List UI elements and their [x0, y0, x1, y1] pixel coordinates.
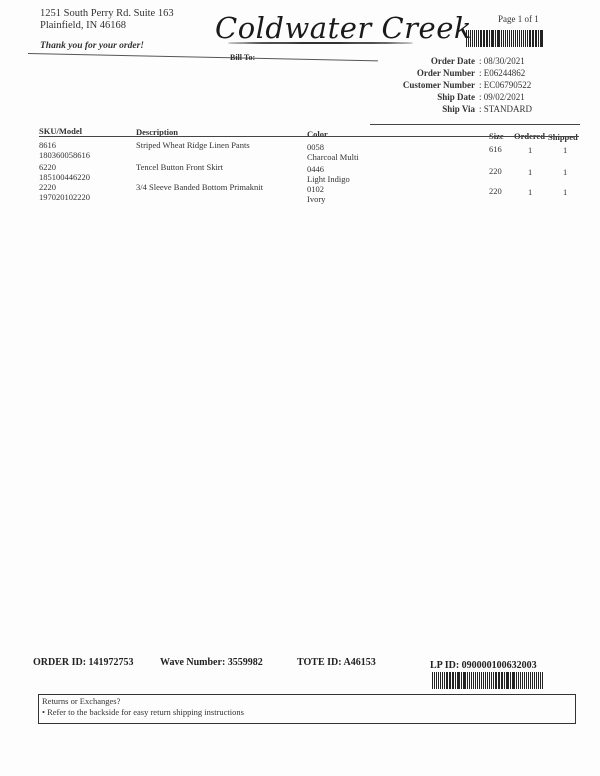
shipped-cell: 1	[563, 187, 567, 198]
bill-to-label: Bill To:	[230, 53, 255, 62]
divider	[370, 124, 580, 125]
ordered-cell: 1	[528, 167, 532, 178]
returns-box: Returns or Exchanges? • Refer to the bac…	[38, 694, 576, 724]
header-color: Color	[307, 129, 328, 140]
order-number-row: Order Number: E06244862	[380, 67, 532, 79]
thank-you-note: Thank you for your order!	[40, 41, 144, 51]
address-line-1: 1251 South Perry Rd. Suite 163	[40, 8, 174, 20]
color-name-cell: Charcoal Multi	[307, 152, 359, 163]
shipped-cell: 1	[563, 145, 567, 156]
tote-id: TOTE ID: A46153	[297, 657, 376, 668]
address-line-2: Plainfield, IN 46168	[40, 20, 174, 32]
header-divider	[39, 136, 579, 137]
description-cell: Striped Wheat Ridge Linen Pants	[136, 140, 250, 151]
color-name-cell: Ivory	[307, 194, 325, 205]
return-address: 1251 South Perry Rd. Suite 163 Plainfiel…	[40, 8, 174, 32]
customer-number-row: Customer Number: EC06790522	[380, 79, 532, 91]
lp-id: LP ID: 090000100632003	[430, 660, 537, 671]
page-indicator: Page 1 of 1	[498, 14, 539, 24]
size-cell: 220	[489, 166, 502, 177]
lp-barcode	[432, 672, 544, 689]
order-info: Order Date: 08/30/2021 Order Number: E06…	[380, 55, 532, 115]
description-cell: 3/4 Sleeve Banded Bottom Primaknit	[136, 182, 263, 193]
ordered-cell: 1	[528, 145, 532, 156]
size-cell: 220	[489, 186, 502, 197]
ship-via-row: Ship Via: STANDARD	[380, 103, 532, 115]
divider	[28, 53, 378, 61]
order-barcode	[466, 30, 544, 47]
returns-text: • Refer to the backside for easy return …	[42, 707, 572, 718]
header-shipped: Shipped	[548, 132, 578, 143]
ship-date-row: Ship Date: 09/02/2021	[380, 91, 532, 103]
brand-logo: Coldwater Creek	[215, 11, 472, 45]
returns-title: Returns or Exchanges?	[42, 696, 572, 707]
logo-swoosh	[228, 42, 413, 44]
order-id: ORDER ID: 141972753	[33, 657, 134, 668]
model-cell: 180360058616	[39, 150, 90, 161]
size-cell: 616	[489, 144, 502, 155]
order-date-row: Order Date: 08/30/2021	[380, 55, 532, 67]
ordered-cell: 1	[528, 187, 532, 198]
shipped-cell: 1	[563, 167, 567, 178]
wave-number: Wave Number: 3559982	[160, 657, 263, 668]
model-cell: 197020102220	[39, 192, 90, 203]
description-cell: Tencel Button Front Skirt	[136, 162, 223, 173]
